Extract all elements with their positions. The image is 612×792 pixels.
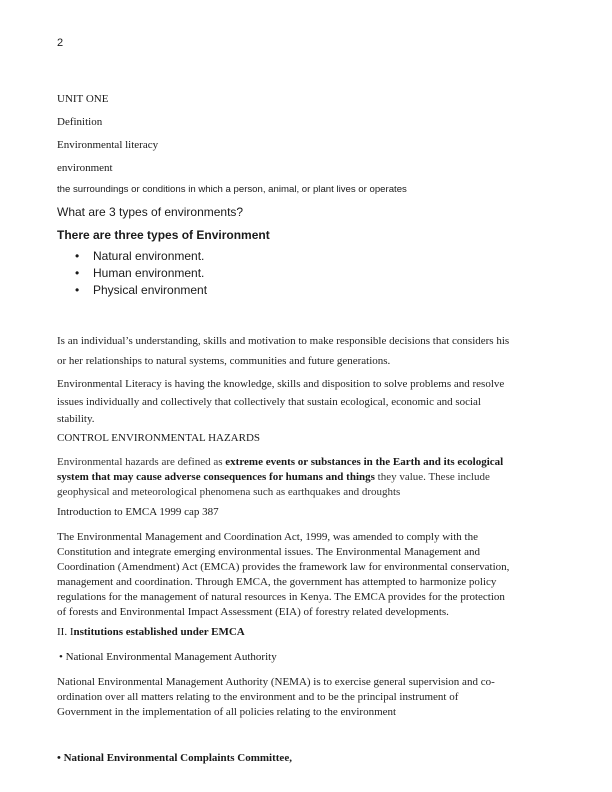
hazards-heading: CONTROL ENVIRONMENTAL HAZARDS (57, 432, 260, 444)
list-item: •Human environment. (75, 265, 207, 282)
list-item: •Physical environment (75, 282, 207, 299)
list-item: •Natural environment. (75, 248, 207, 265)
emca-heading: Introduction to EMCA 1999 cap 387 (57, 506, 219, 518)
environment-types-list: •Natural environment. •Human environment… (75, 248, 207, 299)
bullet-icon: • (75, 282, 79, 299)
nema-paragraph: National Environmental Management Author… (57, 675, 557, 720)
literacy-second-paragraph: Environmental Literacy is having the kno… (57, 376, 557, 429)
institutions-heading: II. Institutions established under EMCA (57, 626, 245, 638)
emca-paragraph: The Environmental Management and Coordin… (57, 530, 557, 620)
question-heading: What are 3 types of environments? (57, 205, 243, 219)
complaints-committee-bullet: • National Environmental Complaints Comm… (57, 752, 292, 764)
environment-label: environment (57, 162, 113, 174)
literacy-definition-paragraph: Is an individual’s understanding, skills… (57, 331, 557, 371)
page-number: 2 (57, 37, 63, 49)
definition-label: Definition (57, 116, 102, 128)
answer-heading: There are three types of Environment (57, 228, 270, 242)
nema-bullet: • National Environmental Management Auth… (59, 651, 277, 663)
environment-definition: the surroundings or conditions in which … (57, 184, 407, 195)
unit-title: UNIT ONE (57, 93, 108, 105)
env-literacy-label: Environmental literacy (57, 139, 158, 151)
bullet-icon: • (75, 248, 79, 265)
bullet-icon: • (75, 265, 79, 282)
hazards-paragraph: Environmental hazards are defined as ext… (57, 455, 557, 500)
